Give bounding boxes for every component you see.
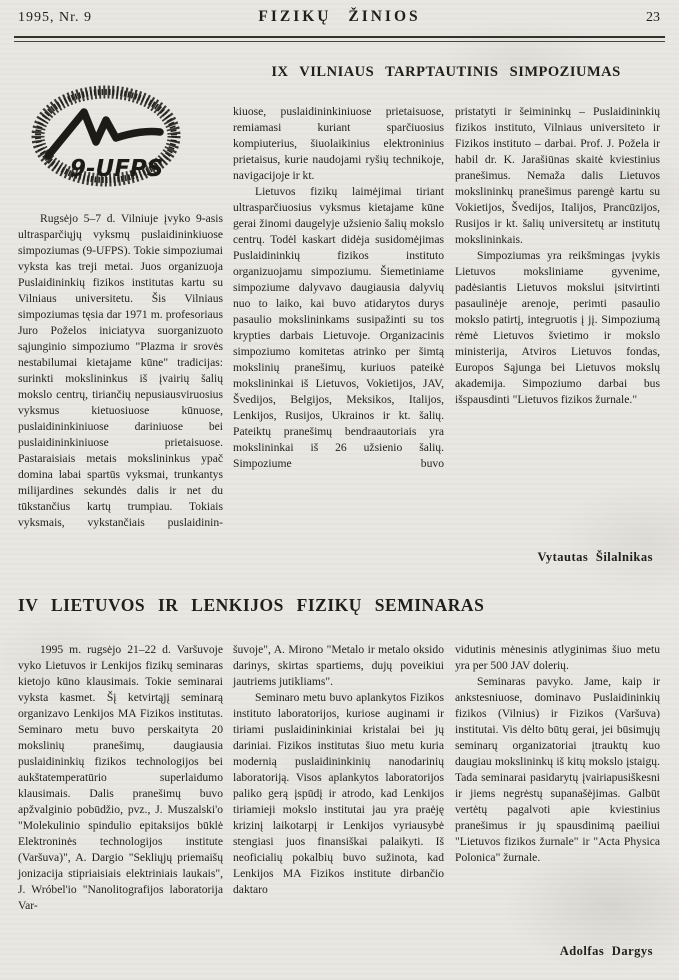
article1-col-c-paragraph-2: Simpoziumas yra reikšmingas įvykis Lietu… bbox=[455, 248, 660, 408]
article1-column-right: pristatyti ir šeimininkų – Puslaidininki… bbox=[455, 104, 660, 408]
article2-column-middle: šuvoje", A. Mirono "Metalo ir metalo oks… bbox=[233, 642, 444, 898]
article2-column-left: 1995 m. rugsėjo 21–22 d. Varšuvoje vyko … bbox=[18, 642, 223, 914]
article1-col-b-paragraph-1: kiuose, puslaidininkiniuose prietaisuose… bbox=[233, 104, 444, 184]
article1-col-b-paragraph-2: Lietuvos fizikų laimėjimai tiriant ultra… bbox=[233, 184, 444, 472]
article2-col-c-paragraph-2: Seminaras pavyko. Jame, kaip ir ankstesn… bbox=[455, 674, 660, 866]
ufps-logo: 9-UFPS bbox=[28, 84, 190, 196]
article1-title: IX VILNIAUS TARPTAUTINIS SIMPOZIUMAS bbox=[232, 64, 660, 81]
article2-col-a-paragraph: 1995 m. rugsėjo 21–22 d. Varšuvoje vyko … bbox=[18, 642, 223, 914]
header-journal-title: FIZIKŲ ŽINIOS bbox=[0, 8, 679, 26]
article2-author-signature: Adolfas Dargys bbox=[455, 944, 653, 959]
article1-column-left: 9-UFPS Rugsėjo 5–7 d. Vilniuje įvyko 9-a… bbox=[18, 70, 223, 531]
logo-label: 9-UFPS bbox=[70, 156, 163, 182]
article2-column-right: vidutinis mėnesinis atlyginimas šiuo met… bbox=[455, 642, 660, 866]
article1-col-a-paragraph: Rugsėjo 5–7 d. Vilniuje įvyko 9-asis ult… bbox=[18, 211, 223, 531]
article2-col-b-paragraph-1: šuvoje", A. Mirono "Metalo ir metalo oks… bbox=[233, 642, 444, 690]
logo-waveform-icon bbox=[48, 112, 160, 156]
header-page-number: 23 bbox=[646, 10, 660, 26]
article2-col-c-paragraph-1: vidutinis mėnesinis atlyginimas šiuo met… bbox=[455, 642, 660, 674]
article1-column-middle: kiuose, puslaidininkiniuose prietaisuose… bbox=[233, 104, 444, 472]
header-rule bbox=[14, 36, 665, 42]
article1-author-signature: Vytautas Šilalnikas bbox=[455, 550, 653, 565]
article1-col-c-paragraph-1: pristatyti ir šeimininkų – Puslaidininki… bbox=[455, 104, 660, 248]
article2-col-b-paragraph-2: Seminaro metu buvo aplankytos Fizikos in… bbox=[233, 690, 444, 898]
journal-page: 1995, Nr. 9 FIZIKŲ ŽINIOS 23 IX VILNIAUS… bbox=[0, 0, 679, 980]
article2-title: IV LIETUVOS IR LENKIJOS FIZIKŲ SEMINARAS bbox=[18, 595, 638, 616]
